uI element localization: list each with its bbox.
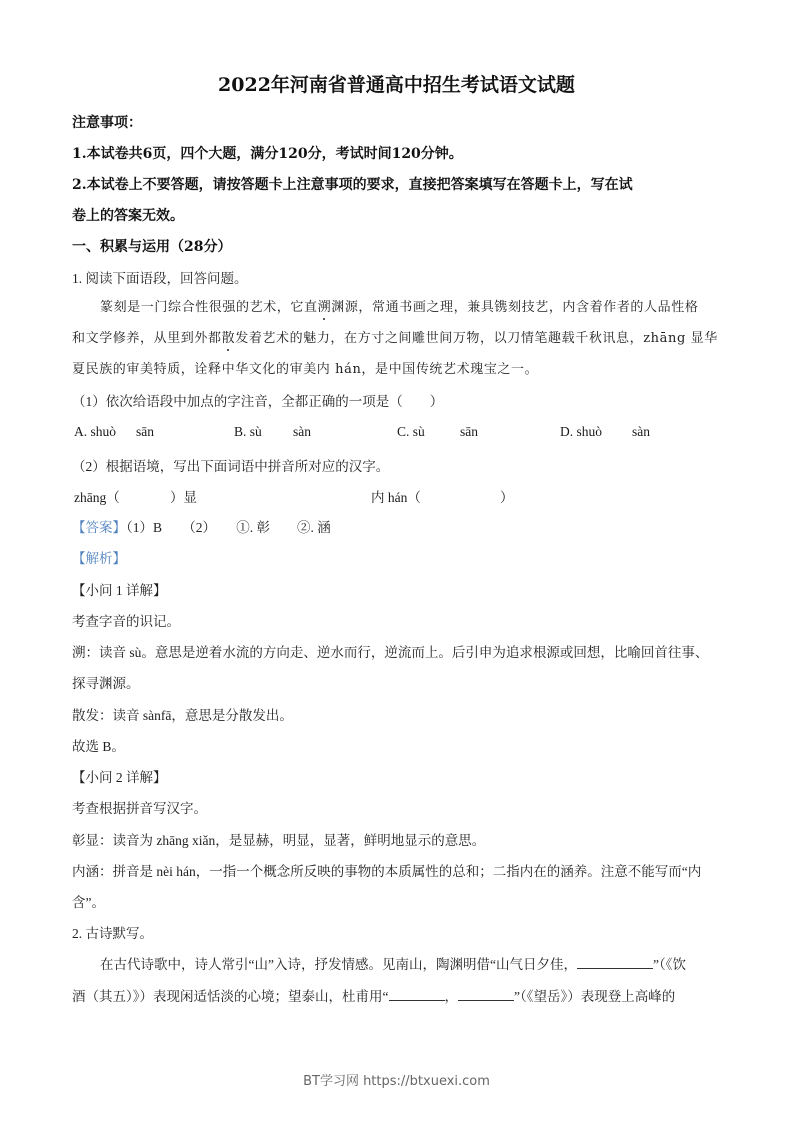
question-2-line-1: 在古代诗歌中，诗人常引“山”入诗，抒发情感。见南山，陶渊明借“山气日夕佳，”（《… [100,953,686,973]
passage-text: 和文学修养，从里到外都 [72,331,222,346]
question-2-line-2: 酒（其五）》）表现闲适恬淡的心境；望泰山，杜甫用“，”（《望岳》）表现登上高峰的 [72,985,675,1005]
dotted-char: 散 [222,331,236,346]
passage-text: 发着艺术的魅力，在方寸之间雕世间万物，以刀情笔趣载千秋讯息，zhāng 显华 [235,331,718,346]
blank-2-suffix: ） [500,486,514,506]
poem-text: 酒（其五）》）表现闲适恬淡的心境；望泰山，杜甫用“ [72,989,389,1004]
subquestion-1-prompt: （1）依次给语段中加点的字注音，全都正确的一项是（ ） [72,390,443,410]
blank-2-prefix: 内 hán（ [371,486,421,506]
dotted-char: 溯 [318,300,332,315]
option-c-reading: sān [460,424,478,440]
option-d-label: D. shuò [560,424,602,440]
blank-1-prefix: zhāng（ [74,486,120,506]
part2-line-2: 彰显：读音为 zhāng xiǎn，是显赫，明显，显著，鲜明地显示的意思。 [72,829,485,849]
answer-blank[interactable] [577,956,653,969]
passage-text: 篆刻是一门综合性很强的艺术，它直 [100,300,318,315]
part1-line-4: 散发：读音 sànfā，意思是分散发出。 [72,704,293,724]
notice-item-2-cont: 卷上的答案无效。 [72,205,184,225]
passage-line-3: 夏民族的审美特质，诠释中华文化的审美内 hán，是中国传统艺术瑰宝之一。 [72,358,538,377]
notice-heading: 注意事项： [72,112,142,132]
part2-line-3: 内涵：拼音是 nèi hán，一指一个概念所反映的事物的本质属性的总和；二指内在… [72,860,701,880]
answer-line: 【答案】（1）B （2） ①. 彰 ②. 涵 [72,516,331,536]
footer-watermark: BT学习网 https://btxuexi.com [0,1070,793,1089]
part1-line-1: 考查字音的识记。 [72,610,180,630]
passage-line-2: 和文学修养，从里到外都散发着艺术的魅力，在方寸之间雕世间万物，以刀情笔趣载千秋讯… [72,327,718,346]
section-heading: 一、积累与运用（28分） [72,236,231,256]
analysis-tag: 【解析】 [72,547,126,567]
answer-text: （1）B （2） ①. 彰 ②. 涵 [126,520,331,535]
option-d-reading: sàn [632,424,650,440]
notice-item-2: 2.本试卷上不要答题，请按答题卡上注意事项的要求，直接把答案填写在答题卡上，写在… [72,174,633,194]
part2-line-1: 考查根据拼音写汉字。 [72,797,207,817]
passage-text: 渊源，常通书画之理，兼具镌刻技艺，内含着作者的人品性格 [331,300,698,315]
page-title: 2022年河南省普通高中招生考试语文试题 [0,70,793,97]
option-a-reading: sān [136,424,154,440]
option-a-label: A. shuò [74,424,116,440]
part1-heading: 【小问 1 详解】 [72,579,167,599]
option-c-label: C. sù [397,424,425,440]
option-b-label: B. sù [234,424,262,440]
part1-line-2: 溯：读音 sù。意思是逆着水流的方向走、逆水而行，逆流而上。后引申为追求根源或回… [72,641,708,661]
poem-text: ”（《饮 [653,957,686,972]
question-2-prompt: 2. 古诗默写。 [72,922,153,942]
passage-line-1: 篆刻是一门综合性很强的艺术，它直溯渊源，常通书画之理，兼具镌刻技艺，内含着作者的… [100,296,698,315]
subquestion-2-prompt: （2）根据语境，写出下面词语中拼音所对应的汉字。 [72,455,389,475]
poem-text: ”（《望岳》）表现登上高峰的 [514,989,675,1004]
part1-line-3: 探寻渊源。 [72,672,140,692]
question-1-prompt: 1. 阅读下面语段，回答问题。 [72,267,248,287]
part2-heading: 【小问 2 详解】 [72,766,167,786]
part2-line-4: 含”。 [72,891,105,911]
answer-tag: 【答案】 [72,520,126,535]
blank-1-suffix: ）显 [170,486,197,506]
answer-blank[interactable] [458,988,514,1001]
poem-text: 在古代诗歌中，诗人常引“山”入诗，抒发情感。见南山，陶渊明借“山气日夕佳， [100,957,577,972]
notice-item-1: 1.本试卷共6页，四个大题，满分120分，考试时间120分钟。 [72,143,463,163]
exam-page: 2022年河南省普通高中招生考试语文试题 注意事项： 1.本试卷共6页，四个大题… [0,0,793,1122]
answer-blank[interactable] [389,988,445,1001]
poem-separator: ， [445,989,459,1004]
part1-line-5: 故选 B。 [72,735,125,755]
option-b-reading: sàn [293,424,311,440]
